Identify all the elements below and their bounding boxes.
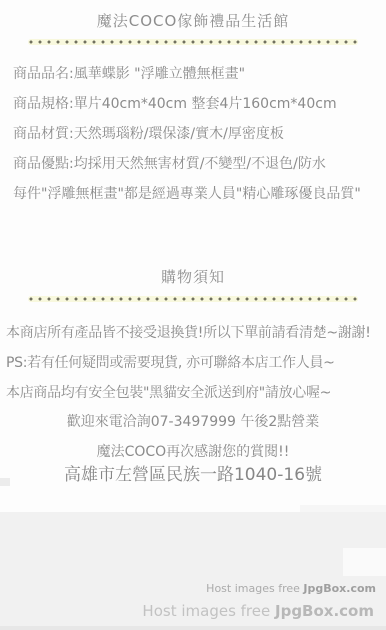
notice-phone-line: 歡迎來電洽詢07-3497999 午後2點營業: [0, 412, 386, 432]
watermark-large-prefix: Host images free: [142, 602, 275, 620]
notice-shipping-line: 本店商品均有安全包裝"黑貓安全派送到府"請放心喔~: [0, 383, 386, 403]
watermark-large: Host images free JpgBox.com: [142, 602, 374, 620]
notice-no-return-line: 本商店所有產品皆不接受退換貨!所以下單前請看清楚~謝謝!: [0, 323, 386, 343]
faded-image-fragment-left: [0, 478, 10, 486]
store-address-line: 高雄市左營區民族一路1040-16號: [0, 465, 386, 485]
product-feature-line: 商品優點:均採用天然無害材質/不變型/不退色/防水: [0, 154, 386, 174]
bottom-edge-strip: [0, 626, 386, 630]
dotted-divider-top: [28, 39, 358, 45]
watermark-small: Host images free JpgBox.com: [206, 582, 376, 595]
dotted-divider-notice: [28, 296, 358, 302]
notice-ps-line: PS:若有任何疑問或需要現貨, 亦可聯絡本店工作人員~: [0, 353, 386, 373]
store-title: 魔法COCO傢飾禮品生活館: [0, 10, 386, 31]
notice-title: 購物須知: [0, 266, 386, 287]
notice-thanks-line: 魔法COCO再次感謝您的賞閱!!: [0, 442, 386, 462]
product-quality-line: 每件"浮雕無框畫"都是經過專業人員"精心雕琢優良品質": [0, 184, 386, 204]
watermark-small-brand: JpgBox.com: [303, 582, 376, 595]
product-info-page: 魔法COCO傢飾禮品生活館 商品品名:風華蝶影 "浮雕立體無框畫" 商品規格:單…: [0, 0, 386, 630]
watermark-small-prefix: Host images free: [206, 582, 303, 595]
product-spec-line: 商品規格:單片40cm*40cm 整套4片160cm*40cm: [0, 94, 386, 114]
watermark-large-brand: JpgBox.com: [275, 602, 374, 620]
product-material-line: 商品材質:天然瑪瑙粉/環保漆/實木/厚密度板: [0, 124, 386, 144]
faded-image-notch: [343, 548, 386, 576]
product-name-line: 商品品名:風華蝶影 "浮雕立體無框畫": [0, 64, 386, 84]
